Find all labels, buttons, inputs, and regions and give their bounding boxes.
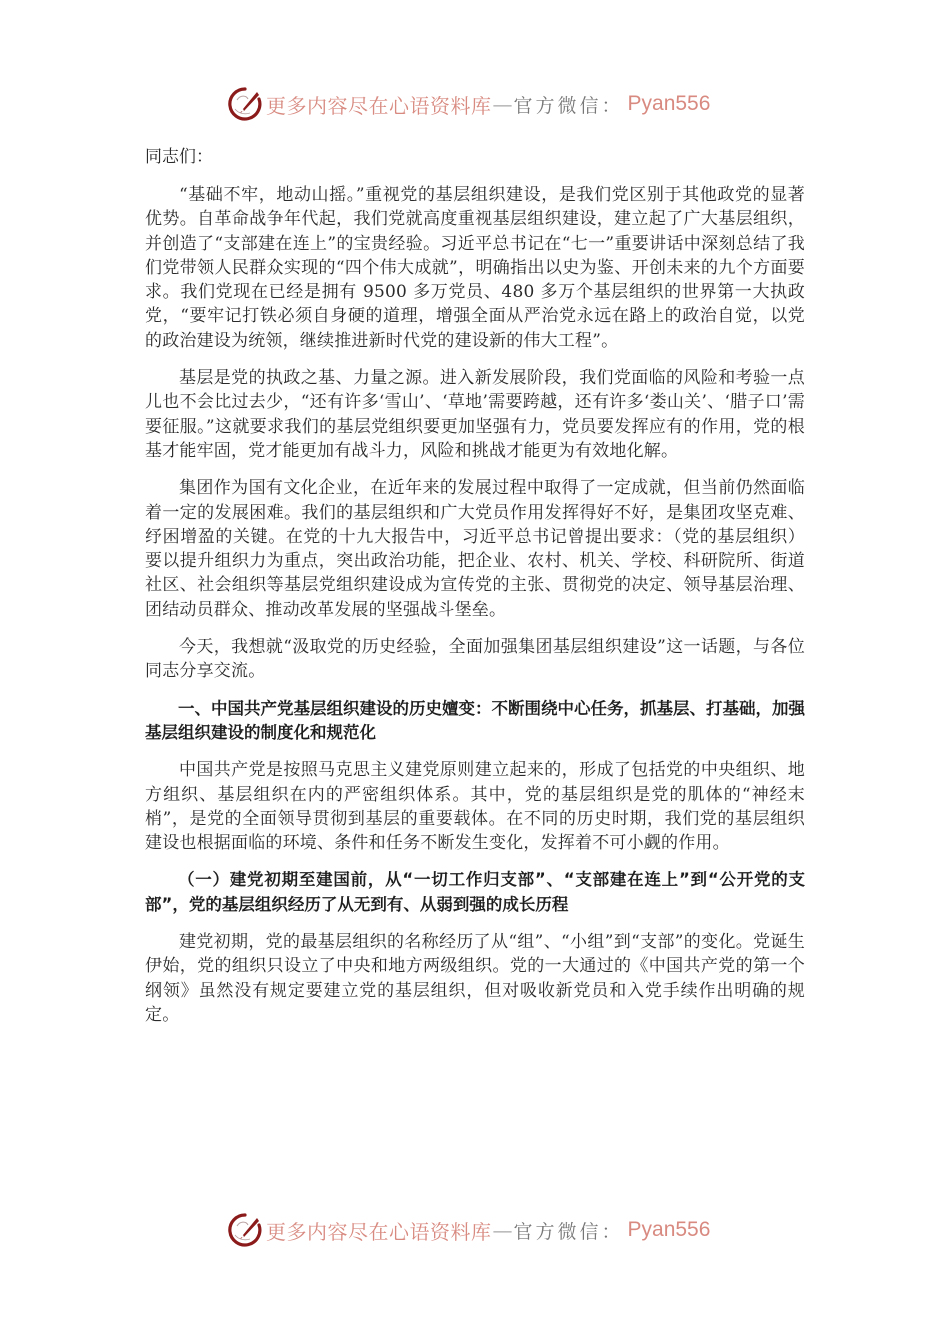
- section-heading-1: 一、中国共产党基层组织建设的历史嬗变：不断围绕中心任务，抓基层、打基础，加强基层…: [145, 697, 805, 746]
- wechat-id: Pyan556: [628, 1218, 711, 1242]
- paragraph-4: 今天，我想就“汲取党的历史经验，全面加强集团基层组织建设”这一话题，与各位同志分…: [145, 635, 805, 684]
- subsection-heading-1: （一）建党初期至建国前，从“一切工作归支部”、“支部建在连上”到“公开党的支部”…: [145, 868, 805, 917]
- wechat-id: Pyan556: [628, 92, 711, 116]
- pen-nib-logo-icon: [228, 1213, 262, 1247]
- paragraph-5: 中国共产党是按照马克思主义建党原则建立起来的，形成了包括党的中央组织、地方组织、…: [145, 758, 805, 855]
- separator-dash: —: [493, 1218, 513, 1242]
- paragraph-6: 建党初期，党的最基层组织的名称经历了从“组”、“小组”到“支部”的变化。党诞生伊…: [145, 930, 805, 1027]
- paragraph-3: 集团作为国有文化企业，在近年来的发展过程中取得了一定成就，但当前仍然面临着一定的…: [145, 476, 805, 622]
- pen-nib-logo-icon: [228, 87, 262, 121]
- footer-banner: 更多内容尽在心语资料库 — 官方微信： Pyan556: [228, 1210, 728, 1250]
- wechat-label: 官方微信：: [514, 91, 624, 118]
- paragraph-1: “基础不牢，地动山摇。”重视党的基层组织建设，是我们党区别于其他政党的显著优势。…: [145, 183, 805, 353]
- paragraph-2: 基层是党的执政之基、力量之源。进入新发展阶段，我们党面临的风险和考验一点儿也不会…: [145, 366, 805, 463]
- separator-dash: —: [493, 92, 513, 116]
- site-name-text: 更多内容尽在心语资料库: [266, 90, 492, 119]
- wechat-label: 官方微信：: [514, 1217, 624, 1244]
- header-banner: 更多内容尽在心语资料库 — 官方微信： Pyan556: [228, 84, 728, 124]
- site-name-text: 更多内容尽在心语资料库: [266, 1216, 492, 1245]
- greeting: 同志们：: [145, 145, 805, 169]
- document-body: 同志们： “基础不牢，地动山摇。”重视党的基层组织建设，是我们党区别于其他政党的…: [145, 145, 805, 1040]
